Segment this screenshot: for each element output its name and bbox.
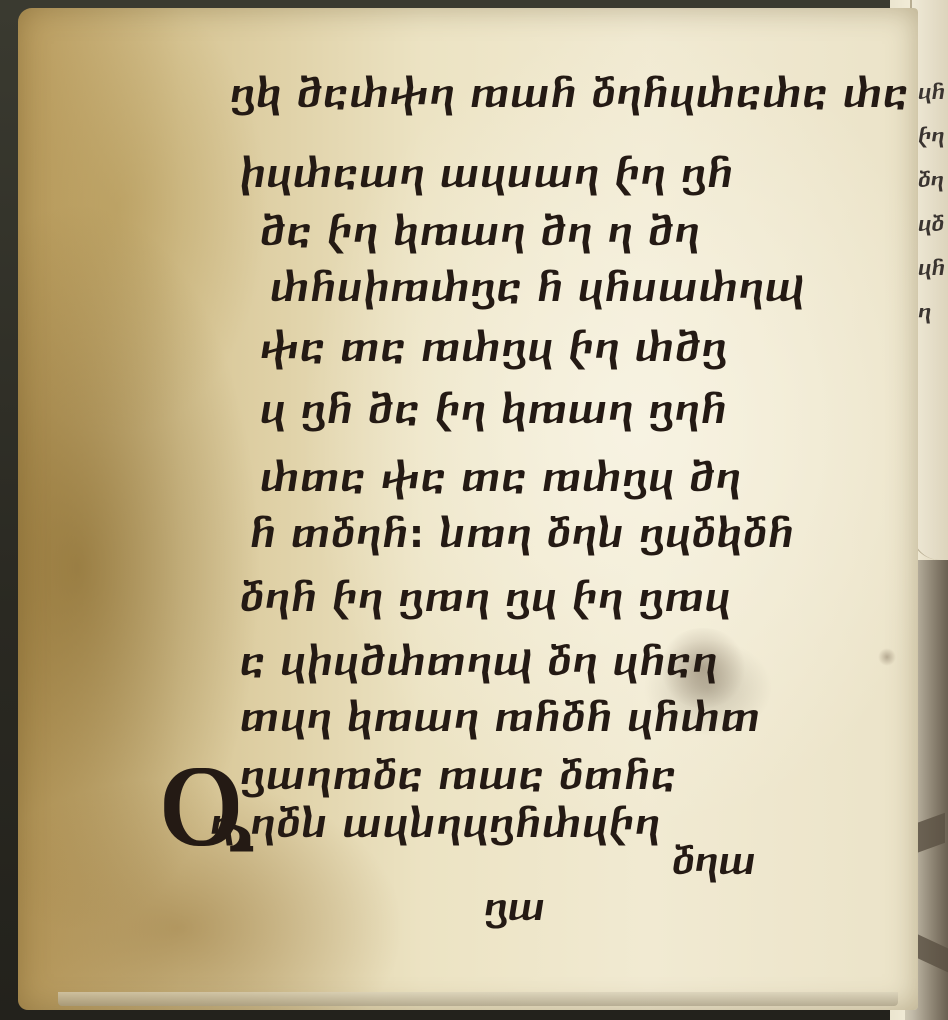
text-line-4: ⴐⴌⴎⴙⴊⴐⴂⴀ ⴌ ⴗⴌⴎⴍⴐⴄⴓ: [270, 266, 805, 310]
text-line-9: ⴃⴄⴌ ⴡⴄ ⴂⴊⴄ ⴂⴗ ⴡⴄ ⴂⴊⴗ: [240, 576, 731, 620]
text-line-6: ⴗ ⴂⴌ ⴋⴀ ⴡⴄ ⴉⴊⴍⴄ ⴂⴄⴌ: [260, 388, 728, 432]
text-line-11: ⴇⴗⴄ ⴉⴊⴍⴄ ⴊⴌⴃⴌ ⴗⴌⴐⴇ: [240, 696, 761, 740]
text-line-7: ⴐⴇⴀ ⴕⴀ ⴇⴀ ⴊⴐⴂⴗ ⴋⴄ: [260, 456, 742, 500]
text-line-13: ⴄ ⴄⴃⴑ ⴍⴗⴑⴄⴗⴂⴌⴐⴗⴡⴄ: [210, 802, 661, 846]
page-bottom-edge: [58, 992, 898, 1006]
decorated-initial: Ⴓ: [158, 768, 257, 860]
stain-spot: [878, 648, 896, 666]
facing-page-text: ⴗⴌ ⴡⴄ ⴃⴄ ⴗⴃ ⴗⴌ ⴄ: [918, 70, 948, 334]
catchword: ⴂⴍ: [484, 888, 545, 929]
text-line-12: ⴂⴍⴄⴊⴃⴀ ⴊⴍⴀ ⴃⴇⴌⴀ: [240, 754, 677, 798]
text-line-3: ⴋⴀ ⴡⴄ ⴉⴊⴍⴄ ⴋⴄ ⴄ ⴋⴄ: [260, 210, 701, 254]
text-line-8: ⴌ ⴇⴃⴄⴌ: ⴑⴊⴄ ⴃⴄⴑ ⴂⴗⴃⴉⴃⴌ: [250, 512, 795, 556]
text-line-5: ⴕⴀ ⴇⴀ ⴊⴐⴂⴗ ⴡⴄ ⴐⴋⴂ: [260, 326, 728, 370]
text-line-2: ⴙⴗⴐⴀⴍⴄ ⴍⴗⴎⴍⴄ ⴡⴄ ⴂⴌ: [240, 152, 734, 196]
text-line-10: ⴀ ⴗⴙⴗⴋⴐⴇⴄⴓ ⴃⴄ ⴗⴌⴀⴄ: [240, 640, 718, 684]
text-line-1: ⴂⴉ ⴋⴀⴐⴕⴄ ⴊⴍⴌ ⴃⴄⴌⴗⴐⴀⴐⴀ ⴐⴀ: [230, 72, 909, 116]
line-end-continuation: ⴃⴄⴍ: [672, 842, 756, 883]
